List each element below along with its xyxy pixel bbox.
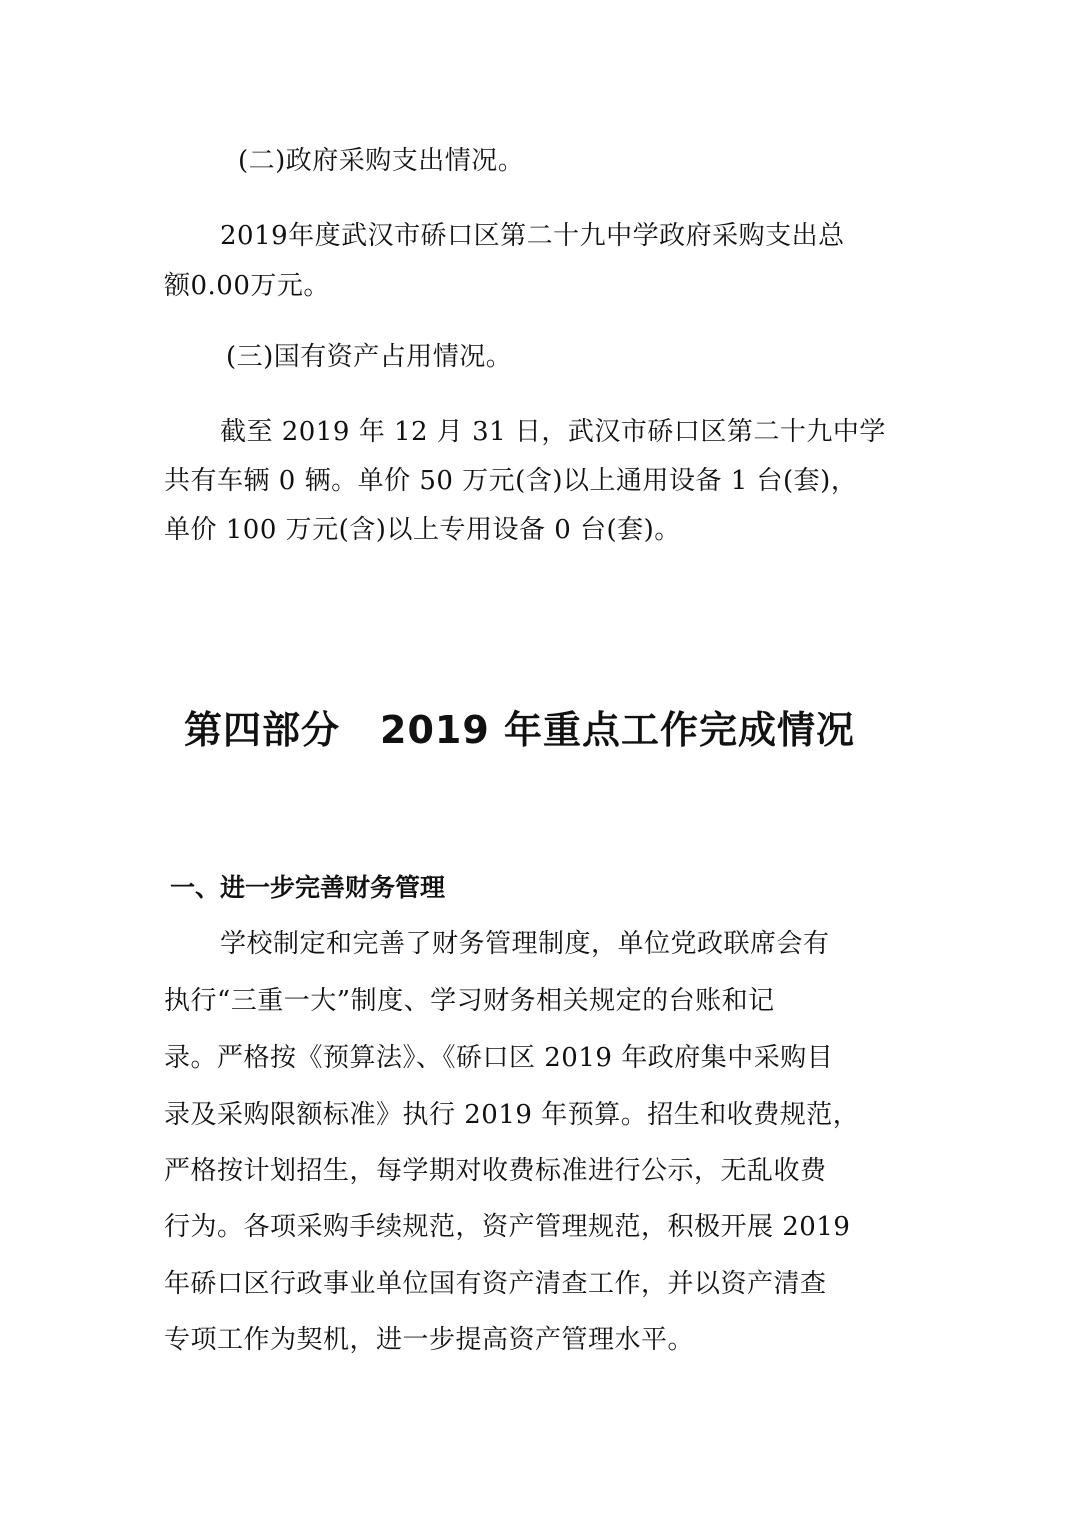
paragraph-line: 额0.00万元。 <box>164 269 330 303</box>
subsection-heading-state-assets: (三)国有资产占用情况。 <box>226 340 512 374</box>
paragraph-line: 2019年度武汉市硚口区第二十九中学政府采购支出总 <box>220 219 845 253</box>
subsection-heading-procurement: (二)政府采购支出情况。 <box>238 144 524 178</box>
paragraph-line: 录及采购限额标准》执行 2019 年预算。招生和收费规范， <box>164 1098 859 1132</box>
paragraph-line: 年硚口区行政事业单位国有资产清查工作，并以资产清查 <box>164 1267 827 1301</box>
section-heading-financial-management: 一、进一步完善财务管理 <box>170 868 445 908</box>
part-label: 第四部分 <box>184 708 340 752</box>
paragraph-line: 学校制定和完善了财务管理制度，单位党政联席会有 <box>220 927 830 961</box>
part-title: 第四部分2019 年重点工作完成情况 <box>184 702 855 758</box>
paragraph-line: 严格按计划招生，每学期对收费标准进行公示，无乱收费 <box>164 1154 827 1188</box>
part-title-text: 2019 年重点工作完成情况 <box>380 708 855 752</box>
paragraph-line: 专项工作为契机，进一步提高资产管理水平。 <box>164 1323 694 1357</box>
paragraph-line: 录。严格按《预算法》、《硚口区 2019 年政府集中采购目 <box>164 1041 833 1075</box>
paragraph-line: 截至 2019 年 12 月 31 日，武汉市硚口区第二十九中学 <box>220 415 886 449</box>
paragraph-line: 行为。各项采购手续规范，资产管理规范，积极开展 2019 <box>164 1210 850 1244</box>
paragraph-line: 共有车辆 0 辆。单价 50 万元(含)以上通用设备 1 台(套)， <box>164 464 857 498</box>
paragraph-line: 执行“三重一大”制度、学习财务相关规定的台账和记 <box>164 984 775 1018</box>
paragraph-line: 单价 100 万元(含)以上专用设备 0 台(套)。 <box>164 513 681 547</box>
